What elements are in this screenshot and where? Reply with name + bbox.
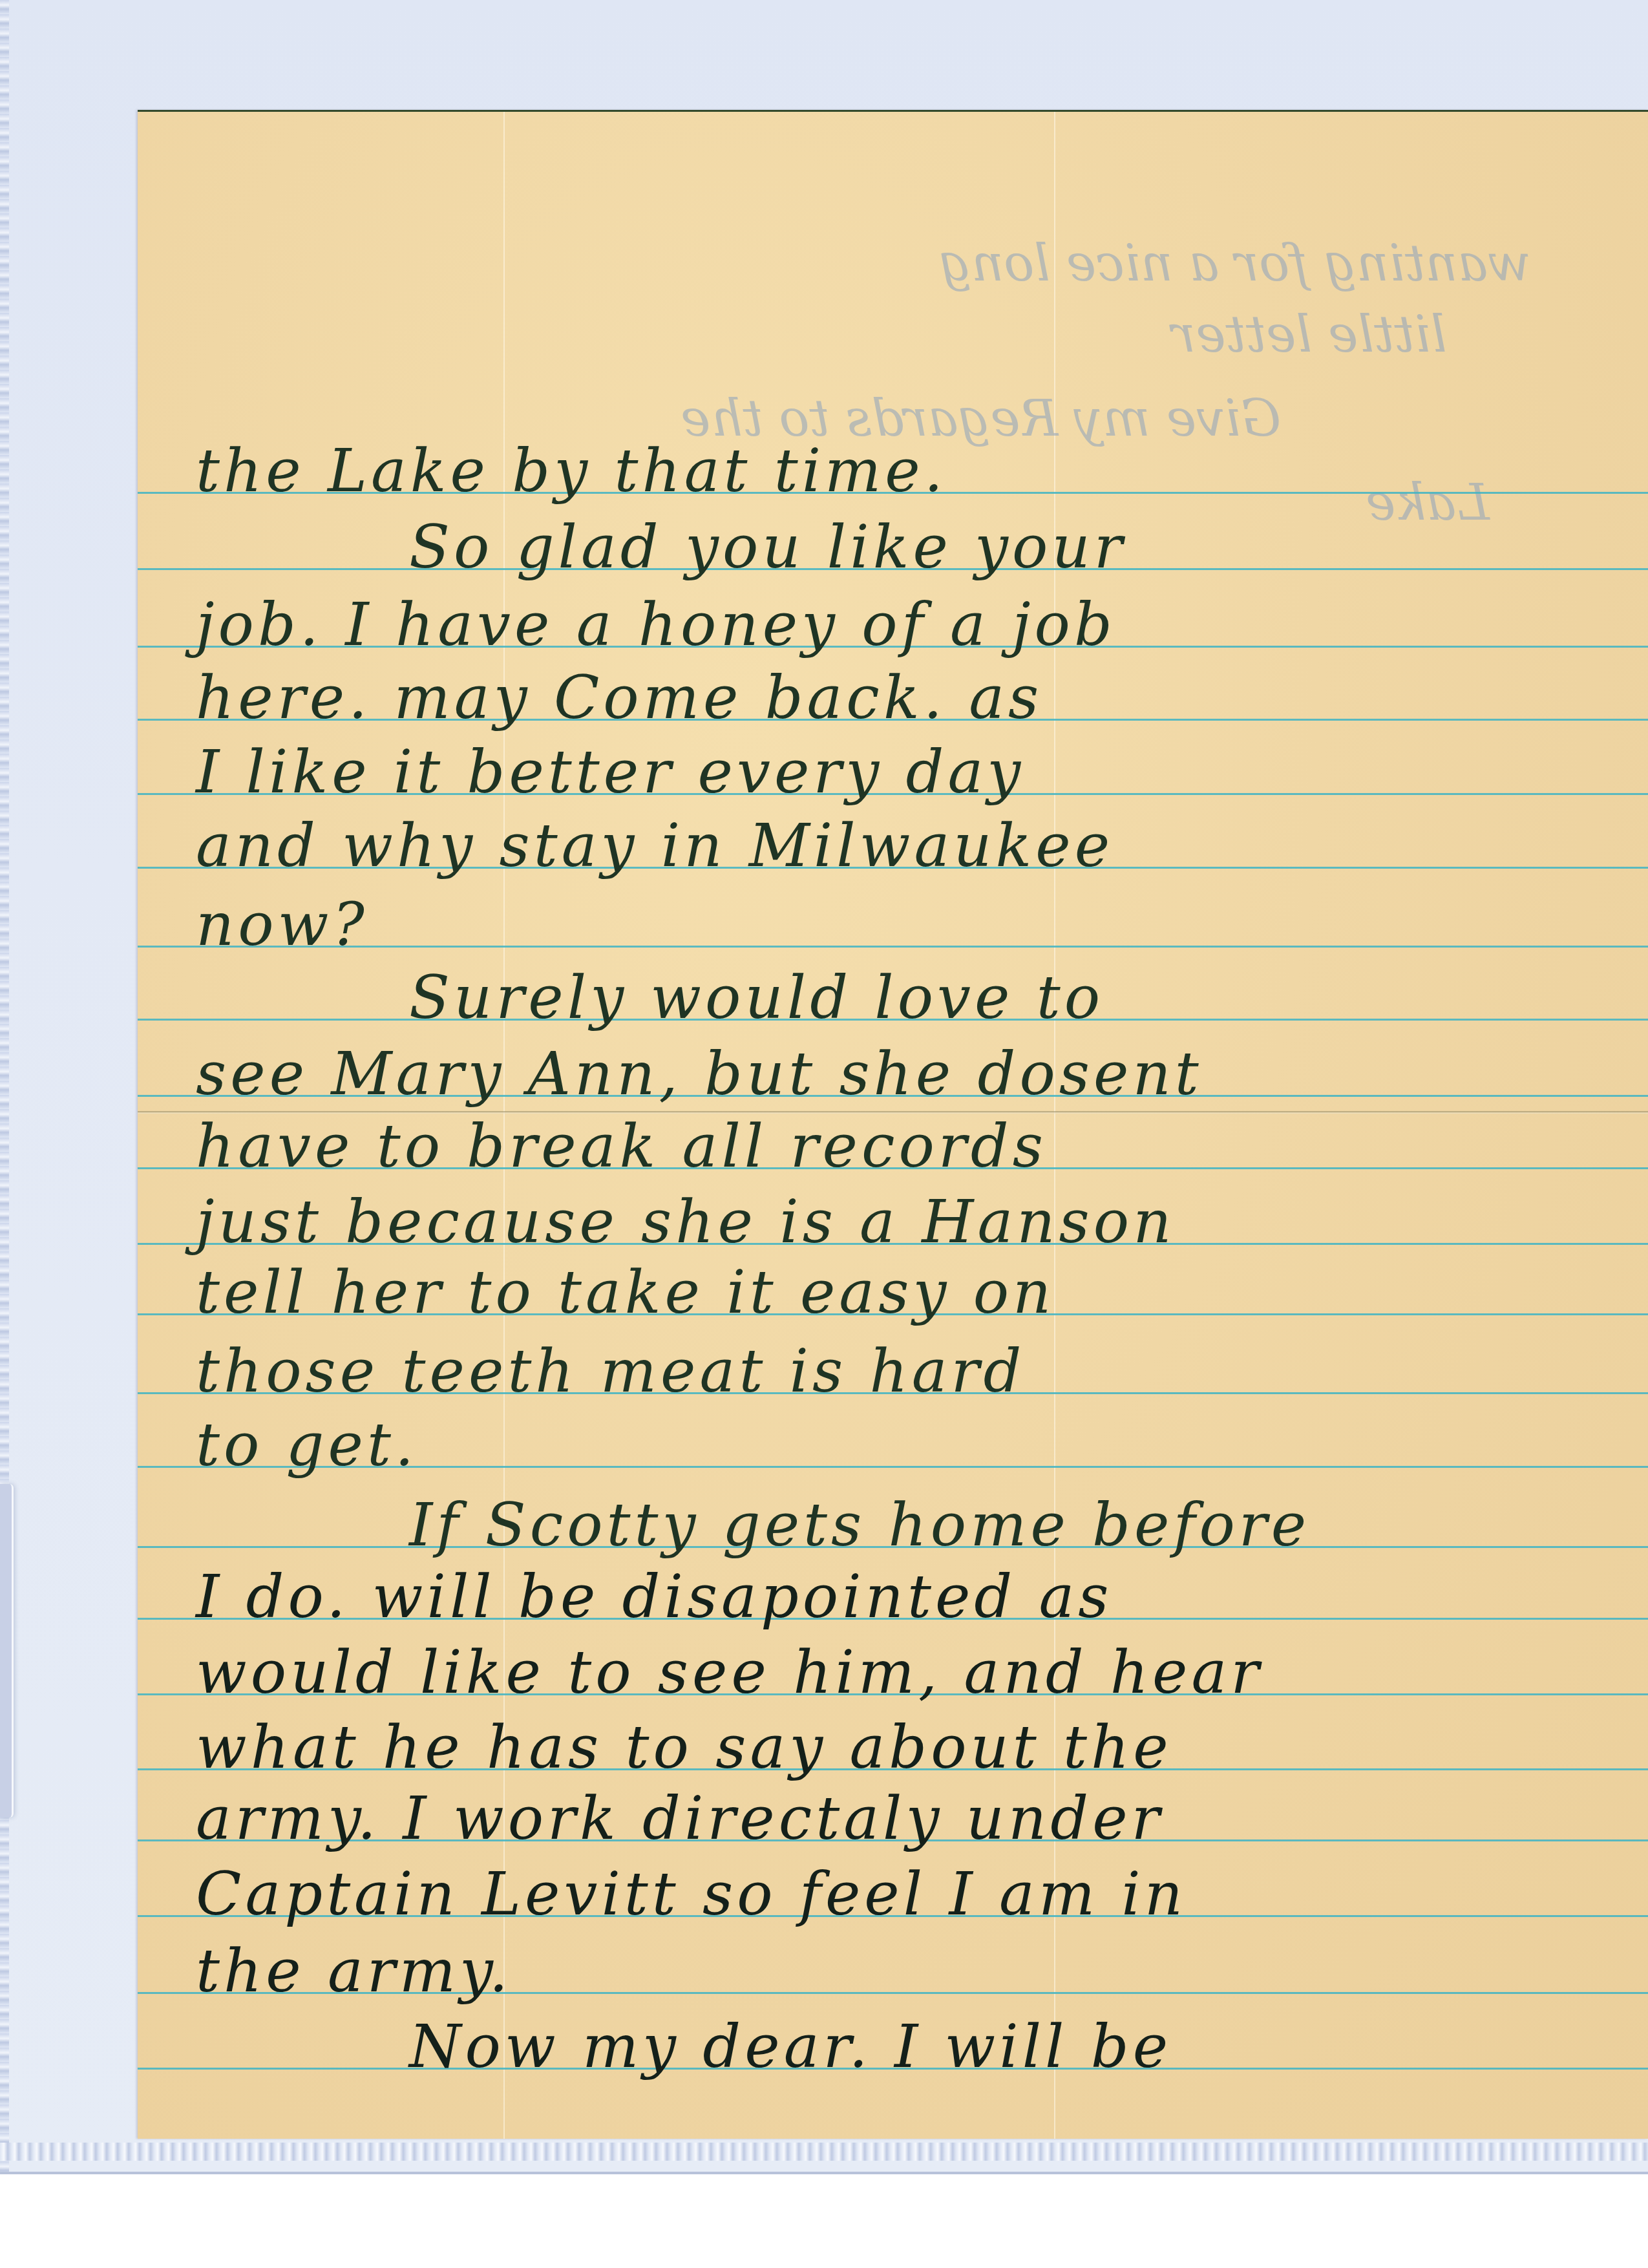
letter-line: If Scotty gets home before [138, 1496, 1648, 1555]
show-through-text: wanting for a nice long [939, 235, 1531, 293]
letter-line: I do. will be disapointed as [138, 1567, 1648, 1627]
letter-line: what he has to say about the [138, 1718, 1648, 1777]
letter-line: job. I have a honey of a job [138, 595, 1648, 655]
show-through-text: little letter [1172, 306, 1447, 364]
sleeve-bottom-stitching [0, 2143, 1648, 2161]
letter-line: to get. [138, 1415, 1648, 1475]
letter-line: I like it better every day [138, 743, 1648, 802]
letter-line: Captain Levitt so feel I am in [138, 1865, 1648, 1924]
letter-line: Surely would love to [138, 968, 1648, 1028]
letter-line: tell her to take it easy on [138, 1263, 1648, 1322]
letter-page: wanting for a nice long little letter Gi… [138, 110, 1648, 2139]
letter-line: Now my dear. I will be [138, 2017, 1648, 2077]
letter-line: the army. [138, 1942, 1648, 2001]
letter-line: see Mary Ann, but she dosent [138, 1044, 1648, 1104]
letter-line: So glad you like your [138, 518, 1648, 577]
letter-line: have to break all records [138, 1117, 1648, 1176]
sleeve-binder-tab [0, 1484, 14, 1818]
letter-line: now? [138, 895, 1648, 955]
letter-line: here. may Come back. as [138, 668, 1648, 728]
letter-line: would like to see him, and hear [138, 1643, 1648, 1702]
letter-line: the Lake by that time. [138, 441, 1648, 501]
letter-line: those teeth meat is hard [138, 1342, 1648, 1401]
sleeve-left-stitching [0, 0, 9, 2172]
letter-line: just because she is a Hanson [138, 1192, 1648, 1252]
letter-line: army. I work directaly under [138, 1789, 1648, 1849]
letter-line: and why stay in Milwaukee [138, 816, 1648, 876]
